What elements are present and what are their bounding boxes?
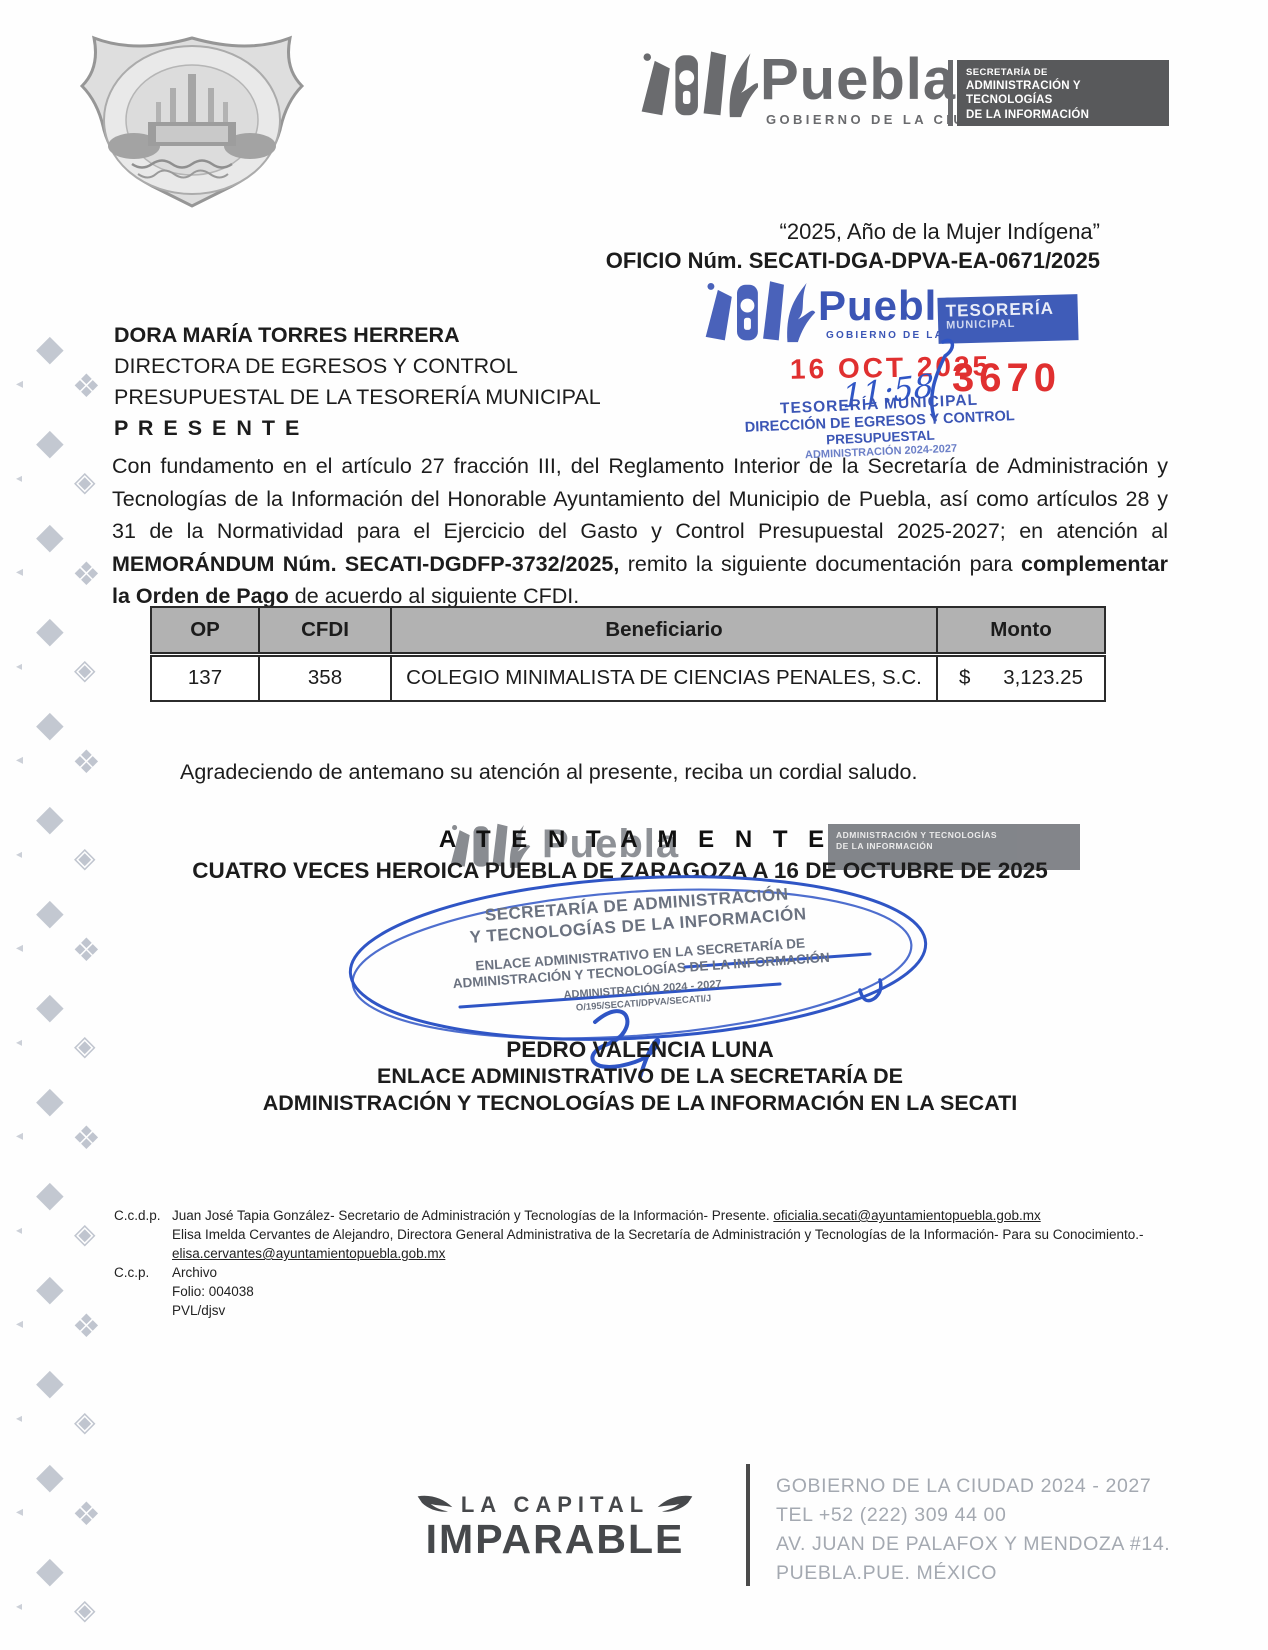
footer-logo-line2: IMPARABLE [390, 1516, 720, 1563]
pattern-glyph: ◈ [74, 656, 96, 684]
cell-cfdi: 358 [259, 654, 391, 701]
pattern-glyph: ❖ [72, 1498, 101, 1530]
table-header-row: OP CFDI Beneficiario Monto [151, 607, 1105, 654]
signer-block: PEDRO VALENCIA LUNA ENLACE ADMINISTRATIV… [120, 1036, 1160, 1117]
footer-info-line: PUEBLA.PUE. MÉXICO [776, 1559, 1170, 1588]
monto-currency-symbol: $ [959, 666, 970, 690]
pattern-glyph: ◈ [74, 1596, 96, 1624]
pattern-glyph: ◈ [74, 1032, 96, 1060]
pattern-glyph: ◂ [16, 564, 23, 578]
signer-title-line1: ENLACE ADMINISTRATIVO DE LA SECRETARÍA D… [120, 1063, 1160, 1090]
pattern-glyph: ◈ [74, 468, 96, 496]
footer-info-line: GOBIERNO DE LA CIUDAD 2024 - 2027 [776, 1472, 1170, 1501]
secretaria-badge-line1: SECRETARÍA DE [966, 67, 1160, 79]
oficio-number: OFICIO Núm. SECATI-DGA-DPVA-EA-0671/2025 [440, 248, 1100, 274]
col-header-monto: Monto [937, 607, 1105, 654]
pattern-glyph: ◆ [36, 988, 64, 1024]
cell-beneficiario: COLEGIO MINIMALISTA DE CIENCIAS PENALES,… [391, 654, 937, 701]
pattern-glyph: ◂ [16, 1600, 22, 1612]
cell-op: 137 [151, 654, 259, 701]
pattern-glyph: ◆ [36, 1082, 64, 1118]
pattern-glyph: ◆ [36, 800, 64, 836]
pattern-glyph: ❖ [72, 1122, 101, 1154]
pattern-glyph: ◆ [36, 518, 64, 554]
addressee-block: DORA MARÍA TORRES HERRERA DIRECTORA DE E… [114, 320, 601, 444]
col-header-op: OP [151, 607, 259, 654]
pattern-glyph: ◆ [36, 706, 64, 742]
ccdp-label: C.c.d.p. [114, 1206, 172, 1225]
ccdp-email1: oficialia.secati@ayuntamientopuebla.gob.… [773, 1208, 1040, 1223]
year-legend: “2025, Año de la Mujer Indígena” [500, 219, 1100, 245]
footer-logo-line1: LA CAPITAL [461, 1492, 649, 1518]
pattern-glyph: ◆ [36, 1364, 64, 1400]
decorative-border-pattern: ◆❖◂◆◈◂◆❖◂◆◈◂◆❖◂◆◈◂◆❖◂◆◈◂◆❖◂◆◈◂◆❖◂◆◈◂◆❖◂◆… [0, 330, 120, 1650]
secretaria-badge: SECRETARÍA DE ADMINISTRACIÓN Y TECNOLOGÍ… [957, 60, 1169, 126]
secretaria-badge-line2: ADMINISTRACIÓN Y TECNOLOGÍAS [966, 79, 1160, 108]
body-memorandum: MEMORÁNDUM Núm. SECATI-DGDFP-3732/2025, [112, 552, 619, 576]
signer-title-line2: ADMINISTRACIÓN Y TECNOLOGÍAS DE LA INFOR… [120, 1090, 1160, 1117]
pattern-glyph: ◂ [16, 1036, 22, 1048]
pattern-glyph: ◂ [16, 472, 22, 484]
pattern-glyph: ◂ [16, 848, 22, 860]
scanned-oficio-document: ◆❖◂◆◈◂◆❖◂◆◈◂◆❖◂◆◈◂◆❖◂◆◈◂◆❖◂◆◈◂◆❖◂◆◈◂◆❖◂◆… [0, 0, 1268, 1650]
atentamente-heading: A T E N T A M E N T E [335, 826, 935, 854]
pattern-glyph: ◂ [16, 376, 23, 390]
ccp-value: Archivo [172, 1263, 217, 1282]
pattern-glyph: ❖ [72, 370, 101, 402]
body-seg5: de acuerdo al siguiente CFDI. [289, 584, 579, 608]
pattern-glyph: ◆ [36, 424, 64, 460]
addressee-title-line2: PRESUPUESTAL DE LA TESORERÍA MUNICIPAL [114, 382, 601, 413]
ccp-label: C.c.p. [114, 1263, 172, 1282]
closing-thanks: Agradeciendo de antemano su atención al … [180, 760, 917, 785]
pattern-glyph: ◂ [16, 752, 23, 766]
monto-amount: 3,123.25 [1003, 666, 1083, 690]
ccdp-line1: Juan José Tapia González- Secretario de … [172, 1206, 1041, 1225]
pattern-glyph: ◆ [36, 894, 64, 930]
pattern-glyph: ◂ [16, 1504, 23, 1518]
footer-divider [746, 1464, 750, 1586]
puebla-wordmark: Puebla [760, 46, 956, 113]
addressee-name: DORA MARÍA TORRES HERRERA [114, 320, 601, 351]
cell-monto: $ 3,123.25 [937, 654, 1105, 701]
capital-imparable-logo: LA CAPITAL IMPARABLE [390, 1492, 720, 1563]
pattern-glyph: ◂ [16, 1128, 23, 1142]
secretaria-badge-line3: DE LA INFORMACIÓN [966, 108, 1160, 122]
ccdp-line2: Elisa Imelda Cervantes de Alejandro, Dir… [172, 1225, 1174, 1244]
body-paragraph: Con fundamento en el artículo 27 fracció… [112, 450, 1168, 613]
pattern-glyph: ◆ [36, 1552, 64, 1588]
folio-line: Folio: 004038 [172, 1282, 1174, 1301]
pattern-glyph: ◆ [36, 330, 64, 366]
body-seg1: Con fundamento en el artículo 27 fracció… [112, 454, 1168, 543]
footer-contact-info: GOBIERNO DE LA CIUDAD 2024 - 2027 TEL +5… [776, 1472, 1170, 1588]
ccdp-email2: elisa.cervantes@ayuntamientopuebla.gob.m… [172, 1244, 1174, 1263]
pattern-glyph: ◂ [16, 1224, 22, 1236]
pattern-glyph: ❖ [72, 558, 101, 590]
pattern-glyph: ◂ [16, 660, 22, 672]
pattern-glyph: ◈ [74, 1220, 96, 1248]
wing-left-icon [415, 1492, 455, 1518]
pattern-glyph: ◆ [36, 1270, 64, 1306]
header-divider [948, 60, 953, 126]
puebla-logo-icon [636, 44, 758, 134]
cc-block: C.c.d.p. Juan José Tapia González- Secre… [114, 1206, 1174, 1320]
cfdi-table: OP CFDI Beneficiario Monto 137 358 COLEG… [150, 606, 1106, 702]
municipal-crest [72, 26, 312, 211]
footer-info-line: TEL +52 (222) 309 44 00 [776, 1501, 1170, 1530]
pattern-glyph: ◈ [74, 1408, 96, 1436]
addressee-present: P R E S E N T E [114, 413, 601, 444]
addressee-title-line1: DIRECTORA DE EGRESOS Y CONTROL [114, 351, 601, 382]
col-header-beneficiario: Beneficiario [391, 607, 937, 654]
pattern-glyph: ◂ [16, 940, 23, 954]
wing-right-icon [655, 1492, 695, 1518]
pattern-glyph: ◂ [16, 1412, 22, 1424]
pattern-glyph: ◆ [36, 612, 64, 648]
table-row: 137 358 COLEGIO MINIMALISTA DE CIENCIAS … [151, 654, 1105, 701]
initials-line: PVL/djsv [172, 1301, 1174, 1320]
signer-name: PEDRO VALENCIA LUNA [120, 1036, 1160, 1063]
col-header-cfdi: CFDI [259, 607, 391, 654]
pattern-glyph: ◂ [16, 1316, 23, 1330]
pattern-glyph: ◆ [36, 1176, 64, 1212]
pattern-glyph: ❖ [72, 1310, 101, 1342]
pattern-glyph: ❖ [72, 746, 101, 778]
reception-stamp-logo-icon [698, 276, 816, 356]
pattern-glyph: ◆ [36, 1458, 64, 1494]
pattern-glyph: ❖ [72, 934, 101, 966]
footer-info-line: AV. JUAN DE PALAFOX Y MENDOZA #14. [776, 1530, 1170, 1559]
body-seg3: remito la siguiente documentación para [619, 552, 1021, 576]
tesoreria-badge-line2: MUNICIPAL [946, 316, 1070, 331]
